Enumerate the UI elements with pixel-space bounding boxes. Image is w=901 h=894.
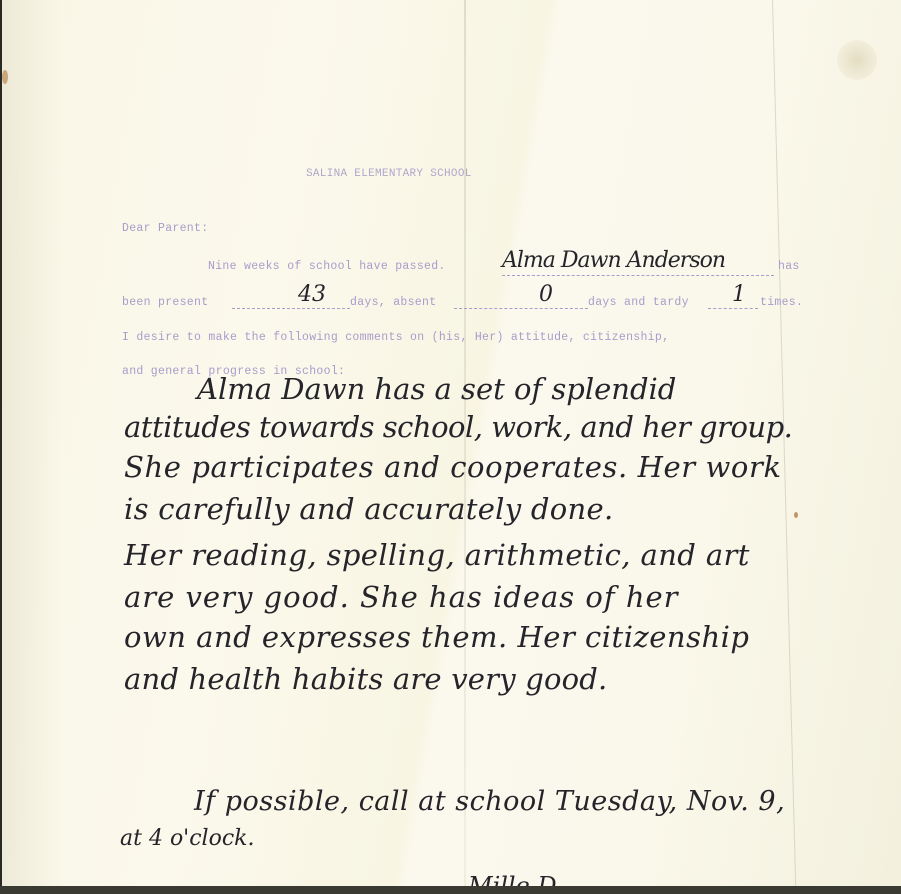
paper-stain bbox=[794, 512, 798, 518]
days-present-value: 43 bbox=[298, 282, 326, 307]
paper-stain bbox=[837, 40, 877, 80]
tardy-blank bbox=[708, 308, 758, 309]
form-line1-prefix: Nine weeks of school have passed. bbox=[208, 260, 446, 273]
form-line3: I desire to make the following comments … bbox=[122, 331, 669, 344]
comment-line-6: are very good. She has ideas of her bbox=[124, 580, 679, 614]
comment-line-7: own and expresses them. Her citizenship bbox=[124, 620, 749, 654]
report-letter-paper: SALINA ELEMENTARY SCHOOL Dear Parent: Ni… bbox=[2, 0, 901, 886]
school-header: SALINA ELEMENTARY SCHOOL bbox=[306, 168, 472, 180]
comment-line-2: attitudes towards school, work, and her … bbox=[124, 410, 792, 444]
comment-line-4: is carefully and accurately done. bbox=[124, 492, 614, 526]
request-line-1: If possible, call at school Tuesday, Nov… bbox=[194, 786, 785, 817]
absent-blank bbox=[454, 308, 588, 309]
present-label: been present bbox=[122, 296, 208, 309]
comment-line-3: She participates and cooperates. Her wor… bbox=[124, 450, 782, 484]
teacher-signature: Mille D... bbox=[468, 872, 579, 886]
days-absent-value: 0 bbox=[539, 282, 553, 307]
student-name-line bbox=[502, 275, 774, 276]
present-blank bbox=[232, 308, 350, 309]
form-line1-suffix: has bbox=[778, 260, 800, 273]
paper-crease bbox=[2, 0, 62, 886]
scan-edge bbox=[0, 886, 901, 894]
paper-stain bbox=[2, 70, 8, 84]
times-tardy-value: 1 bbox=[732, 282, 746, 307]
comment-line-8: and health habits are very good. bbox=[124, 662, 607, 696]
salutation: Dear Parent: bbox=[122, 222, 208, 235]
comment-line-1: Alma Dawn has a set of splendid bbox=[197, 372, 676, 406]
absent-label: days, absent bbox=[350, 296, 436, 309]
tardy-suffix: times. bbox=[760, 296, 803, 309]
comment-line-5: Her reading, spelling, arithmetic, and a… bbox=[124, 538, 750, 572]
student-name: Alma Dawn Anderson bbox=[502, 248, 725, 273]
tardy-label: days and tardy bbox=[588, 296, 689, 309]
request-line-2: at 4 o'clock. bbox=[120, 826, 254, 851]
